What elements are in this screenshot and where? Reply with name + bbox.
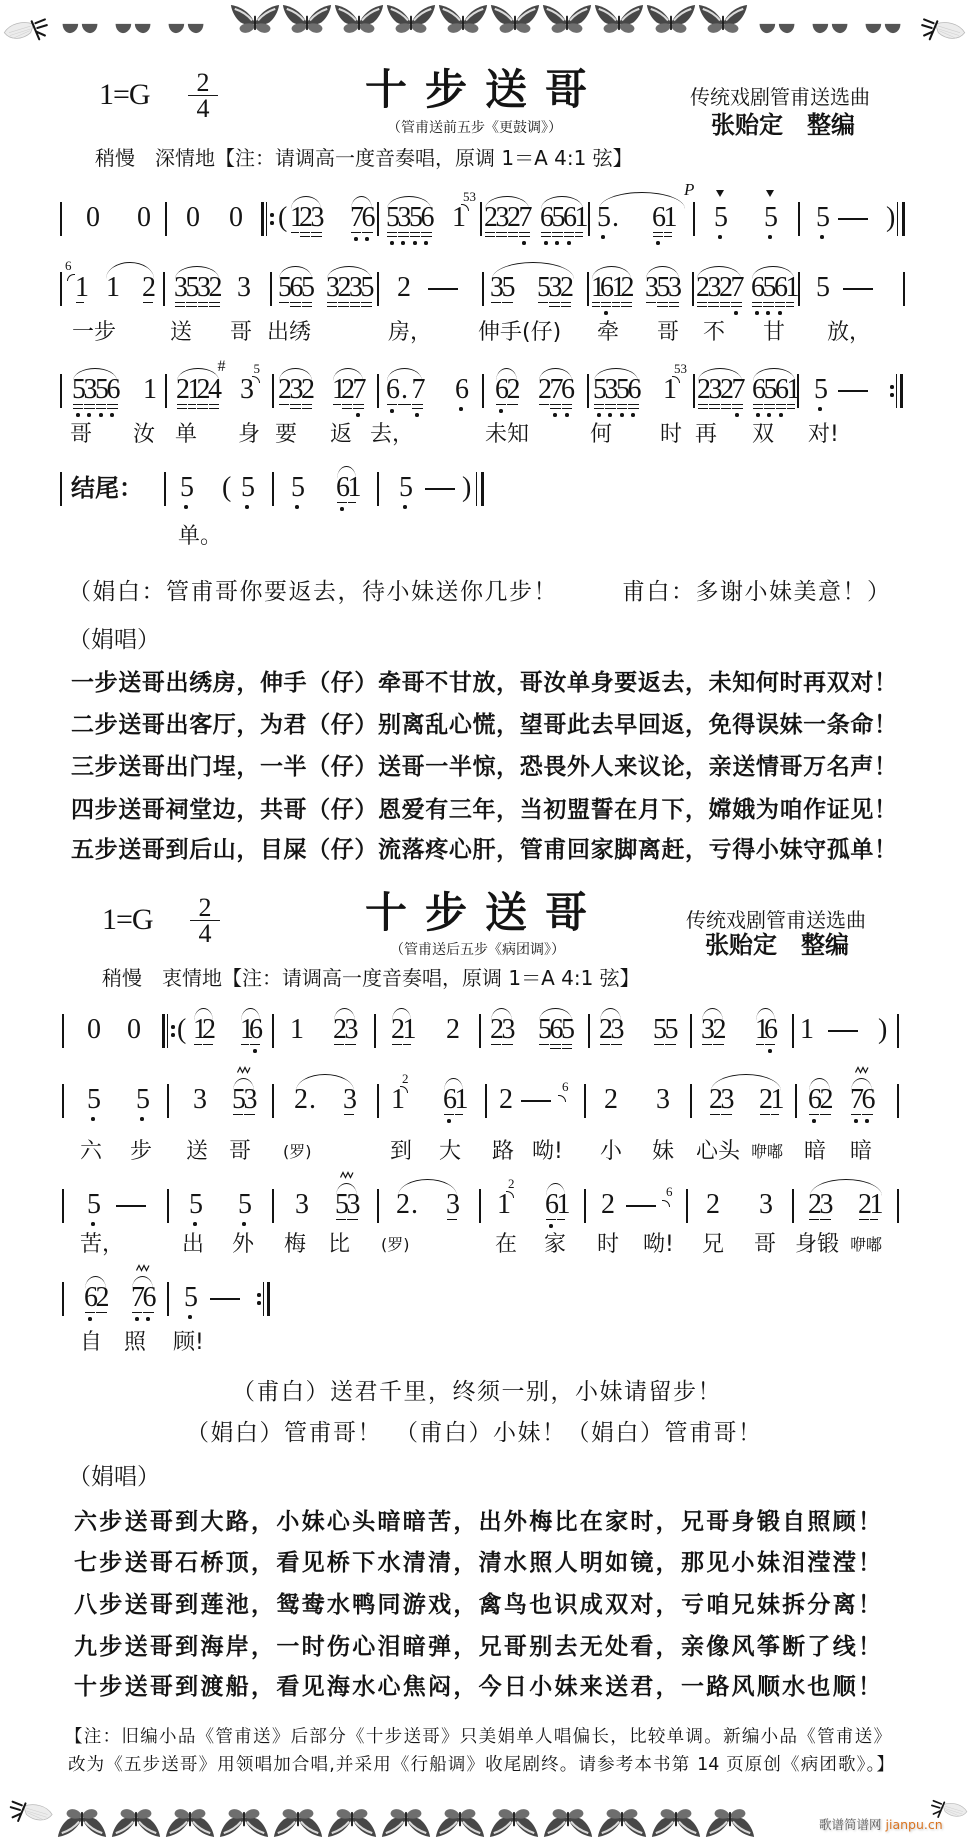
beam-line (594, 408, 605, 409)
verse-line: 八步送哥到莲池，鸳鸯水鸭同游戏，禽鸟也识成双对，亏咱兄妹拆分离！ (74, 1590, 881, 1620)
beam-line (546, 1219, 557, 1220)
low-octave-dot (601, 235, 605, 239)
beam-line (538, 302, 549, 303)
low-octave-dot (135, 1317, 139, 1321)
note-digit: 2 (499, 1083, 511, 1117)
spoken-line: （娟白：管甫哥你要返去，待小妹送你几步！ (68, 577, 558, 607)
low-octave-dot (567, 241, 571, 245)
slur-arc (809, 1078, 830, 1091)
beam-line (721, 408, 732, 409)
note-digit: 0 (87, 1013, 99, 1047)
note-digit-text: 5 (665, 1013, 677, 1047)
mordent-icon (340, 1171, 354, 1179)
notation-row: 553532.31261262323216276 (0, 1083, 969, 1117)
slur-arc (546, 1183, 565, 1196)
beam-line (698, 408, 709, 409)
lyric-syllable: 顾! (173, 1330, 204, 1356)
wing-ornament-icon (169, 24, 204, 33)
note-digit: 1 (452, 201, 461, 235)
note-group: 3 (193, 1083, 205, 1117)
note-digit: 5 (189, 1188, 201, 1222)
lyric-syllable: 出绣 (267, 320, 311, 346)
note-digit-text: 0 (127, 1013, 139, 1047)
lyric-syllable: 单。 (178, 524, 222, 550)
beam-line (338, 306, 349, 307)
beam-line (709, 404, 720, 405)
slur-arc (810, 1179, 882, 1196)
arranger-credit: 张贻定 整编 (711, 110, 855, 140)
beam-line (870, 1219, 878, 1220)
barline (60, 374, 62, 408)
note-digit-text: 5 (189, 1188, 201, 1222)
low-octave-dot (778, 311, 782, 315)
beam-line (564, 232, 575, 233)
sustain-dash (521, 1100, 551, 1102)
lyric-syllable: 哥 (229, 1139, 251, 1165)
beam-line (732, 404, 743, 405)
slur-arc (351, 196, 372, 209)
beam-line (403, 1044, 411, 1045)
beam-line (697, 306, 708, 307)
low-octave-dot (565, 413, 569, 417)
lyric-syllable: 甘 (763, 320, 785, 346)
note-group: 5 (241, 471, 253, 505)
note-digit-text: 5 (816, 201, 828, 235)
note-group: 5 (238, 1188, 250, 1222)
beam-line (552, 236, 563, 237)
notation-row: 62765 (0, 1281, 969, 1315)
beam-line (496, 232, 507, 233)
lyrics-row: 哥汝单身要返去，未知何时再双对! (0, 422, 969, 448)
note-digit-text: 1 (497, 1188, 506, 1222)
beam-line (557, 1219, 565, 1220)
beam-line (776, 404, 787, 405)
barline (903, 272, 905, 306)
note-digit: 5 (714, 201, 726, 235)
note-digit: 2 (446, 1013, 458, 1047)
low-octave-dot (401, 241, 405, 245)
note-group: 23 (599, 1013, 622, 1047)
lyric-syllable: 对! (808, 422, 839, 448)
lyric-syllable: 兄 (702, 1232, 724, 1258)
note-group: 5 (291, 471, 303, 505)
time-signature-denominator: 4 (188, 96, 218, 122)
beam-line (412, 408, 423, 409)
lyric-syllable: 返 (330, 422, 352, 448)
beam-line (353, 408, 364, 409)
note-group: 5 (714, 201, 726, 235)
beam-line (592, 306, 600, 307)
beam-line (244, 1114, 255, 1115)
note-digit: 0 (86, 201, 98, 235)
notation-row: 结尾：5(55615) (0, 471, 969, 505)
slur-arc (241, 1008, 260, 1021)
lyric-syllable: 苦， (80, 1232, 124, 1258)
beam-line (177, 408, 188, 409)
note-digit: 5 (665, 1013, 677, 1047)
note-digit: 3 (759, 1188, 771, 1222)
beam-line (657, 302, 668, 303)
repeat-dot (270, 221, 274, 225)
barline (692, 272, 694, 306)
beam-line (731, 302, 742, 303)
beam-line (753, 404, 764, 405)
butterfly-icon (387, 5, 435, 33)
slur-arc (485, 196, 529, 209)
barline (163, 272, 165, 306)
lyric-syllable: 照 (124, 1330, 146, 1356)
note-group: 6561 (752, 373, 796, 407)
lyric-syllable: 去， (370, 422, 414, 448)
beam-line (197, 408, 208, 409)
butterfly-icon (328, 1809, 376, 1837)
barline-stroke (267, 1282, 270, 1316)
note-digit-text: 5 (241, 471, 253, 505)
beam-line (344, 1114, 355, 1115)
barline (270, 272, 272, 306)
butterfly-icon (335, 5, 383, 33)
beam-line (398, 236, 409, 237)
dynamic-mark: P (684, 183, 694, 197)
sharp-sign: # (218, 360, 226, 374)
butterfly-icon (283, 5, 331, 33)
beam-line (447, 1219, 458, 1220)
note-group: 6561 (540, 201, 584, 235)
low-octave-dot (549, 1224, 553, 1228)
note-group: 16 (755, 1013, 776, 1047)
barline-stroke (162, 1014, 165, 1048)
lyrics-row: 苦，出外梅比(罗)在家时呦!兄哥身锻咿嘟 (0, 1232, 969, 1258)
moth-corner-icon (11, 1802, 52, 1821)
low-octave-dot (818, 407, 822, 411)
beam-line (279, 302, 290, 303)
low-octave-dot (820, 235, 824, 239)
note-digit-text: 0 (229, 201, 241, 235)
beam-line (337, 502, 348, 503)
beam-line (342, 408, 353, 409)
note-group: 5 (136, 1083, 148, 1117)
note-digit: 1 (391, 1083, 400, 1117)
beam-line (444, 1114, 455, 1115)
low-octave-dot (656, 241, 660, 245)
beam-line (361, 302, 372, 303)
lyric-syllable: 时 (597, 1232, 619, 1258)
note-digit-text: 5 (399, 471, 411, 505)
barline (377, 1084, 379, 1118)
barline-stroke (167, 1014, 168, 1048)
beam-line (291, 232, 299, 233)
low-octave-dot (403, 505, 407, 509)
note-digit: 0 (137, 201, 149, 235)
grace-note: 6 (666, 1185, 673, 1199)
lyric-syllable: 自 (80, 1330, 102, 1356)
sustain-dash (428, 288, 458, 290)
barline (792, 1189, 794, 1223)
beam-line (859, 1219, 870, 1220)
beam-line (334, 1044, 345, 1045)
verse-line: 九步送哥到海岸，一时伤心泪暗弹，兄哥别去无处看，亲像风筝断了线！ (74, 1632, 881, 1662)
beam-line (851, 1114, 862, 1115)
key-signature: 1=G (102, 903, 153, 937)
beam-line (594, 404, 605, 405)
wing-ornament-icon (866, 24, 901, 33)
low-octave-dot (766, 311, 770, 315)
note-digit-text: 1 (75, 271, 84, 305)
beam-line (665, 1044, 676, 1045)
barline (588, 1014, 590, 1048)
note-group: 127 (332, 373, 364, 407)
note-group: 3 (759, 1188, 771, 1222)
lyric-syllable: 呦! (532, 1139, 563, 1165)
beam-line (361, 306, 372, 307)
beam-line (203, 1044, 214, 1045)
slur-arc (702, 1008, 723, 1021)
beam-line (290, 404, 301, 405)
barline (798, 202, 800, 236)
beam-line (702, 1044, 713, 1045)
butterfly-icon (706, 1809, 754, 1837)
note-group: 0 (87, 1013, 99, 1047)
bracket: ( (278, 201, 287, 235)
barline-stroke (900, 374, 903, 408)
note-digit-text: 0 (137, 201, 149, 235)
mordent-icon (237, 1066, 251, 1074)
beam-line (387, 236, 398, 237)
slur-arc (106, 262, 154, 279)
repeat-dot (890, 385, 894, 389)
lyric-syllable: 送 (186, 1139, 208, 1165)
beam-line (302, 302, 313, 303)
watermark-domain: jianpu.cn (886, 1817, 943, 1832)
note-group: 5356 (72, 373, 118, 407)
bracket: ) (886, 201, 895, 235)
butterfly-icon (58, 1809, 106, 1837)
grace-hook-icon (252, 376, 260, 383)
notation-row: 00(121612321223565235532161) (0, 1013, 969, 1047)
low-octave-dot (390, 409, 394, 413)
note-digit-text: 5 (87, 1188, 99, 1222)
beam-line (550, 1044, 561, 1045)
note-digit: 5 (399, 471, 411, 505)
beam-line (290, 302, 301, 303)
song-subtitle: （管甫送前五步《更鼓调》） (387, 119, 562, 137)
low-octave-dot (413, 241, 417, 245)
lyrics-row: 一步送哥出绣房，伸手(仔)牵哥不甘放， (0, 320, 969, 346)
slur-arc (698, 368, 742, 381)
note-group: 55 (653, 1013, 676, 1047)
beam-line (653, 232, 664, 233)
tempo-marking: 稍慢 衷情地【注：请调高一度音奏唱，原调 1＝A 4:1 弦】 (102, 966, 640, 990)
lyric-syllable: 咿嘟 (751, 1139, 783, 1165)
note-group: 2 (706, 1188, 718, 1222)
note-group: 2 (604, 1083, 616, 1117)
note-digit: 5 (816, 201, 828, 235)
mordent-glyph (340, 1171, 354, 1179)
lyric-syllable: 在 (495, 1232, 517, 1258)
time-signature-denominator: 4 (190, 921, 220, 947)
beam-line (143, 1312, 154, 1313)
barline (62, 1282, 64, 1316)
beam-line (84, 408, 95, 409)
beam-line (198, 306, 209, 307)
note-digit: 2 (397, 271, 409, 305)
sustain-dash (838, 390, 868, 392)
beam-line (398, 232, 409, 233)
low-octave-dot (608, 413, 612, 417)
slur-arc (85, 1276, 106, 1289)
sing-label: （娟唱） (68, 625, 160, 655)
barline (167, 1084, 169, 1118)
slur-arc (711, 1074, 781, 1091)
beam-line (186, 306, 197, 307)
note-digit-text: 1 (800, 1013, 809, 1047)
slur-arc (646, 266, 679, 279)
low-octave-dot (767, 413, 771, 417)
beam-line (809, 1114, 820, 1115)
slur-arc (398, 1179, 457, 1196)
lyrics-row: 单。 (0, 524, 969, 550)
beam-line (96, 404, 107, 405)
beam-line (612, 302, 620, 303)
barline (588, 202, 590, 236)
note-group: 2327 (484, 201, 530, 235)
time-signature: 2 4 (190, 896, 220, 947)
low-octave-dot (779, 413, 783, 417)
beam-line (720, 302, 731, 303)
note-digit: 1 (143, 373, 152, 407)
spoken-line: （娟白）管甫哥！ （甫白）小妹！（娟白）管甫哥！ (186, 1418, 763, 1448)
beam-line (175, 302, 186, 303)
low-octave-dot (604, 311, 608, 315)
note-group: 3532 (174, 271, 220, 305)
note-digit-text: 1 (452, 201, 461, 235)
song-title: 十步送哥 (365, 65, 605, 115)
barline (60, 202, 62, 236)
low-octave-dot (354, 237, 358, 241)
note-digit-text: 3 (656, 1083, 668, 1117)
barline-stroke (896, 374, 897, 408)
note-group: 12 (497, 1188, 506, 1222)
tempo-marking: 稍慢 深情地【注：请调高一度音奏唱，原调 1＝A 4:1 弦】 (95, 146, 633, 170)
low-octave-dot (812, 1119, 816, 1123)
barline (792, 1014, 794, 1048)
note-digit: 2 (601, 1188, 613, 1222)
note-digit: 1 (800, 1013, 809, 1047)
beam-line (713, 1044, 724, 1045)
lyric-syllable: 单 (175, 422, 197, 448)
barline (377, 472, 379, 506)
note-group: 21 (391, 1013, 412, 1047)
beam-line (752, 306, 763, 307)
beam-line (697, 302, 708, 303)
beam-line (776, 408, 787, 409)
beam-line (455, 1114, 463, 1115)
beam-line (575, 236, 583, 237)
beam-line (209, 408, 220, 409)
note-group: 5 (814, 373, 826, 407)
note-digit-text: 1 (663, 373, 672, 407)
butterfly-icon (436, 1809, 484, 1837)
beam-line (107, 404, 118, 405)
note-group: 32 (701, 1013, 724, 1047)
beam-line (345, 1044, 356, 1045)
slur-arc (594, 368, 638, 381)
beam-line (653, 236, 664, 237)
beam-line (561, 306, 572, 307)
barline (587, 374, 589, 408)
beam-line (605, 408, 616, 409)
lyric-syllable: 哥 (657, 320, 679, 346)
barline (798, 272, 800, 306)
note-group: 62 (808, 1083, 831, 1117)
beam-line (549, 302, 560, 303)
beam-line (496, 236, 507, 237)
barline (374, 1014, 376, 1048)
wing-ornament-icon (116, 24, 151, 33)
slur-arc (334, 1008, 355, 1021)
note-digit-text: 1 (290, 1013, 299, 1047)
note-group: 12 (391, 1083, 400, 1117)
beam-line (85, 1312, 96, 1313)
beam-line (760, 1114, 771, 1115)
barline-stroke (902, 202, 905, 236)
note-digit-text: 5 (814, 373, 826, 407)
beam-line (333, 404, 341, 405)
barline (167, 1189, 169, 1223)
low-octave-dot (756, 413, 760, 417)
note-group: 5 (87, 1188, 99, 1222)
beam-line (508, 236, 519, 237)
slur-arc (599, 192, 685, 209)
slur-arc (592, 266, 631, 279)
barline (485, 1084, 487, 1118)
note-digit: 2 (604, 1083, 616, 1117)
footnote-line: 【注：旧编小品《管甫送》后部分《十步送哥》只美娟单人唱偏长，比较单调。新编小品《… (65, 1724, 891, 1750)
beam-line (756, 1044, 764, 1045)
beam-line (327, 302, 338, 303)
note-group: 2327 (696, 271, 742, 305)
beam-line (209, 302, 220, 303)
notation-row: 5553532.3126126232321 (0, 1188, 969, 1222)
beam-line (197, 404, 208, 405)
verse-line: 三步送哥出门埕，一半（仔）送哥一半惊，恐畏外人来议论，亲送情哥万名声！ (71, 752, 897, 782)
beam-line (550, 404, 561, 405)
arranger-credit: 张贻定 整编 (705, 930, 849, 960)
note-digit: 5 (241, 471, 253, 505)
note-group: 0 (127, 1013, 139, 1047)
beam-line (771, 1114, 779, 1115)
verse-line: 四步送哥祠堂边，共哥（仔）恩爱有三年，当初盟誓在月下，嫦娥为咱作证见！ (71, 795, 897, 825)
note-group: 153 (663, 373, 672, 407)
note-digit-text: 2 (397, 271, 409, 305)
note-digit: 1 (75, 271, 84, 305)
wing-ornament-icon (813, 24, 848, 33)
note-digit: 5 (184, 1281, 196, 1315)
beam-line (562, 1044, 573, 1045)
lyric-syllable: 牵 (597, 320, 619, 346)
note-digit: 5 (764, 201, 776, 235)
low-octave-dot (390, 241, 394, 245)
beam-line (410, 236, 421, 237)
beam-line (327, 306, 338, 307)
note-digit: 2 (706, 1188, 718, 1222)
lyric-syllable: 房， (388, 320, 432, 346)
lyric-syllable: 到 (390, 1139, 412, 1165)
note-group: 232 (278, 373, 313, 407)
low-octave-dot (188, 1315, 192, 1319)
end-barline (476, 472, 490, 506)
beam-line (539, 1044, 550, 1045)
